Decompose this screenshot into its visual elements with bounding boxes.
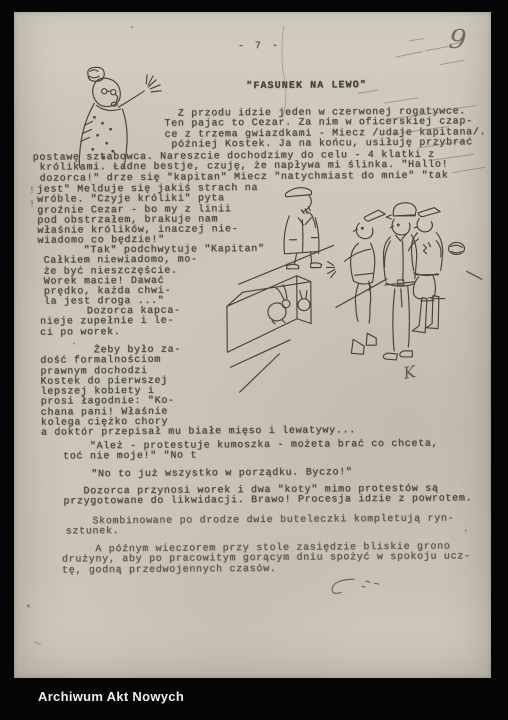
archive-watermark: Archiwum Akt Nowych — [38, 689, 184, 704]
scanned-page: - 7 - 9 "FASUNEK NA LEWO" ! ! Z przodu i… — [14, 12, 491, 678]
pencil-scratches — [12, 10, 494, 680]
archival-photo: { "watermark": { "label": "Archiwum Akt … — [0, 0, 508, 720]
closing-signature-k — [332, 579, 354, 593]
page-content: - 7 - 9 "FASUNEK NA LEWO" ! ! Z przodu i… — [12, 10, 494, 680]
